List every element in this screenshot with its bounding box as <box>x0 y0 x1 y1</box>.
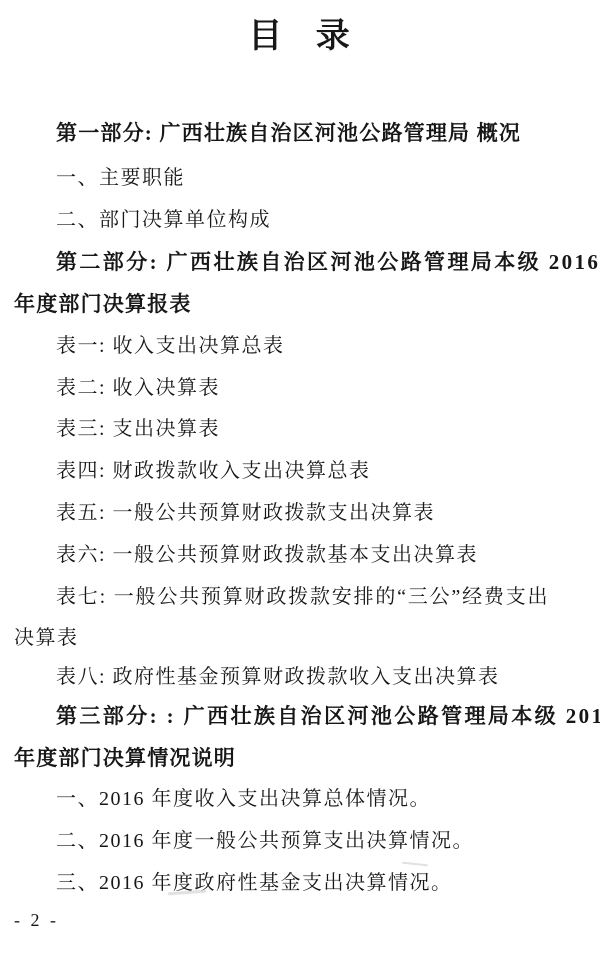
toc-item: 三、2016 年度政府性基金支出决算情况。 <box>56 873 453 893</box>
scan-artifact <box>402 862 428 867</box>
part1-heading: 第一部分: 广西壮族自治区河池公路管理局 概况 <box>56 123 521 144</box>
toc-item: 二、2016 年度一般公共预算支出决算情况。 <box>56 831 474 851</box>
part3-heading-line1: 第三部分: : 广西壮族自治区河池公路管理局本级 2016 <box>56 706 600 727</box>
table-entry-continuation: 决算表 <box>14 628 79 648</box>
table-entry: 表二: 收入决算表 <box>56 378 220 398</box>
table-entry: 表五: 一般公共预算财政拨款支出决算表 <box>56 503 435 523</box>
toc-item: 一、2016 年度收入支出决算总体情况。 <box>56 789 431 809</box>
table-entry: 表三: 支出决算表 <box>56 419 220 439</box>
page-title: 目 录 <box>0 20 600 54</box>
toc-item: 二、部门决算单位构成 <box>56 210 271 230</box>
table-entry: 表四: 财政拨款收入支出决算总表 <box>56 461 371 481</box>
page-number: - 2 - <box>14 911 59 929</box>
table-entry: 表八: 政府性基金预算财政拨款收入支出决算表 <box>56 667 500 687</box>
part2-heading-line1: 第二部分: 广西壮族自治区河池公路管理局本级 2016 <box>56 252 600 273</box>
table-entry: 表六: 一般公共预算财政拨款基本支出决算表 <box>56 545 478 565</box>
part2-heading-line2: 年度部门决算报表 <box>14 294 192 315</box>
part3-heading-line2: 年度部门决算情况说明 <box>14 748 236 769</box>
document-page: 目 录 第一部分: 广西壮族自治区河池公路管理局 概况 一、主要职能 二、部门决… <box>0 0 600 953</box>
table-entry: 表七: 一般公共预算财政拨款安排的“三公”经费支出 <box>56 587 549 607</box>
toc-item: 一、主要职能 <box>56 168 185 188</box>
table-entry: 表一: 收入支出决算总表 <box>56 336 285 356</box>
